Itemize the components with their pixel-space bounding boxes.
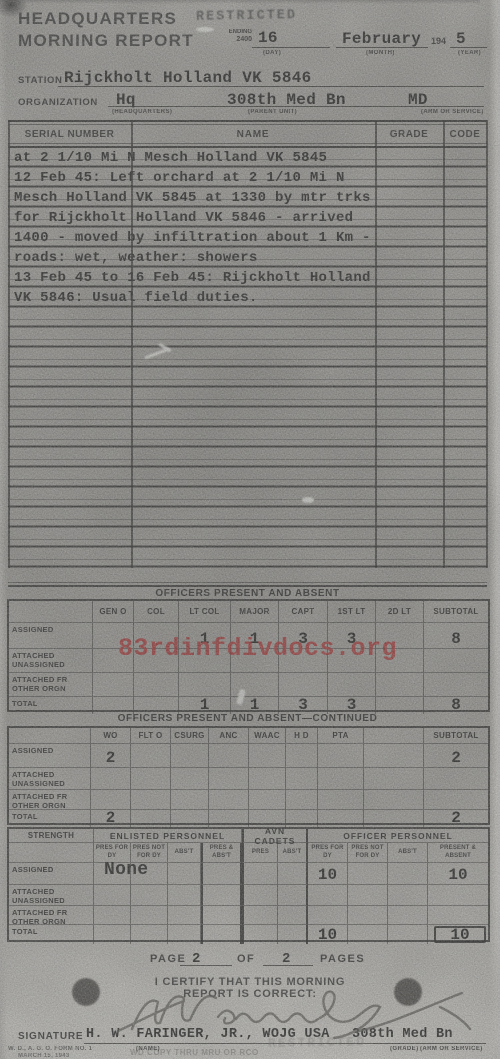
strength-cell	[131, 885, 168, 906]
officers-cont-table: WOFLT OCSURGANCWAACH DPTASUBTOTALASSIGNE…	[7, 726, 490, 825]
officers_cont-col-header	[364, 728, 424, 744]
strength-cell	[278, 885, 308, 906]
officers_cont-cell	[209, 810, 249, 827]
signature-grade-sub: (GRADE)	[390, 1046, 418, 1052]
strength-cell	[242, 906, 278, 925]
strength-table: STRENGTHENLISTED PERSONNELAVN CADETSOFFI…	[7, 827, 490, 942]
roster-top-rule2	[8, 124, 487, 125]
strength-cell: 10	[428, 925, 488, 944]
officers_cont-cell	[249, 744, 286, 768]
report-month-value: February	[342, 30, 421, 48]
officers_cont-cell	[318, 744, 364, 768]
officers_cont-col-header: WO	[91, 728, 131, 744]
officers_cont-cell	[286, 790, 318, 810]
strength-title-cell: STRENGTH	[9, 829, 94, 843]
officers_cont-cell	[424, 790, 488, 810]
officers-cell	[134, 673, 179, 697]
strength-cell	[348, 885, 388, 906]
roster-ruled-body: at 2 1/10 Mi N Mesch Holland VK 584512 F…	[8, 148, 487, 568]
pages-label: PAGES	[320, 953, 365, 965]
officers_cont-row-label: ASSIGNED	[9, 744, 91, 768]
pages-underline	[263, 965, 313, 966]
officers_cont-cell	[286, 810, 318, 827]
strength-cell	[242, 863, 278, 885]
officers-col-header: 1ST LT	[328, 601, 376, 623]
officers-col-header: 2D LT	[376, 601, 424, 623]
roster-col-serial: SERIAL NUMBER	[8, 129, 131, 140]
officers_cont-corner	[9, 728, 91, 744]
officers_cont-cell	[364, 810, 424, 827]
strength-cell	[94, 906, 131, 925]
punch-hole-left	[72, 978, 100, 1006]
officers-top-rule	[8, 582, 487, 583]
website-watermark: 83rdinfdivdocs.org	[118, 634, 397, 663]
officers-cell	[424, 649, 488, 673]
officers_cont-cell	[424, 768, 488, 790]
page-underline	[180, 965, 232, 966]
officers-col-header: LT COL	[179, 601, 231, 623]
officers-col-header: SUBTOTAL	[424, 601, 488, 623]
roster-entry-line: for Rijckholt Holland VK 5846 - arrived	[14, 208, 353, 228]
strength-cell	[278, 906, 308, 925]
strength-cell	[94, 885, 131, 906]
report-day-value: 16	[258, 29, 278, 47]
roster-col-name: NAME	[131, 129, 375, 140]
film-scratch	[302, 497, 314, 503]
officers_cont-cell	[364, 744, 424, 768]
year-prefix: 194	[431, 36, 446, 46]
restricted-stamp-top: RESTRICTED	[196, 8, 297, 25]
officers_cont-cell	[131, 810, 171, 827]
strength-group-header: OFFICER PERSONNEL	[308, 829, 488, 843]
strength-subcol-header: ABS'T	[388, 843, 428, 863]
officers-cell	[179, 673, 231, 697]
officers_cont-cell	[286, 744, 318, 768]
film-scratch	[196, 27, 214, 32]
organization-underline	[108, 106, 484, 107]
roster-col-grade: GRADE	[375, 129, 443, 140]
roster-entry-line: roads: wet, weather: showers	[14, 248, 258, 268]
roster-col-code: CODE	[443, 129, 487, 140]
strength-subcol-header: PRESENT & ABSENT	[428, 843, 488, 863]
officers-col-header: CAPT	[279, 601, 328, 623]
organization-arm-sub: (ARM OR SERVICE)	[421, 109, 484, 115]
strength-cell	[168, 863, 201, 885]
station-label: STATION	[18, 75, 62, 86]
officers-cell: 8	[424, 623, 488, 649]
roster-vline-right	[486, 120, 488, 568]
strength-cell	[428, 906, 488, 925]
officers-col-header: GEN O	[93, 601, 134, 623]
officers_cont-row-label: ATTACHED FR OTHER ORGN	[9, 790, 91, 810]
roster-entry-line: Mesch Holland VK 5845 at 1330 by mtr trk…	[14, 188, 371, 208]
strength-subcol-header: PRES NOT FOR DY	[348, 843, 388, 863]
officers_cont-cell	[318, 790, 364, 810]
strength-cell	[168, 925, 201, 944]
strength-cell	[428, 885, 488, 906]
roster-entry-line: 13 Feb 45 to 16 Feb 45: Rijckholt Hollan…	[14, 268, 371, 288]
strength-cell	[308, 906, 348, 925]
officers-col-header: COL	[134, 601, 179, 623]
officers_cont-cell	[318, 768, 364, 790]
officers_cont-row-label: ATTACHED UNASSIGNED	[9, 768, 91, 790]
officers_cont-col-header: PTA	[318, 728, 364, 744]
officers-cell	[424, 673, 488, 697]
strength-cell	[348, 863, 388, 885]
officers-row-label: ATTACHED UNASSIGNED	[9, 649, 93, 673]
signature-label: SIGNATURE	[18, 1031, 83, 1042]
officer-total-boxed-value: 10	[434, 926, 486, 943]
of-label: OF	[237, 953, 255, 965]
strength-cell	[131, 906, 168, 925]
officers_cont-cell	[209, 790, 249, 810]
officers_cont-cell	[91, 768, 131, 790]
officers-corner	[9, 601, 93, 623]
strength-subcorner	[9, 843, 94, 863]
officers_cont-cell	[171, 790, 209, 810]
officers_cont-cell	[249, 810, 286, 827]
strength-cell	[348, 925, 388, 944]
strength-subcol-header: PRES	[242, 843, 278, 863]
strength-cell	[242, 885, 278, 906]
officers-cell: 1	[179, 697, 231, 714]
officers_cont-cell	[249, 790, 286, 810]
roster-entry-line: VK 5846: Usual field duties.	[14, 288, 258, 308]
roster-entry-line: 12 Feb 45: Left orchard at 2 1/10 Mi N	[14, 168, 345, 188]
officers-row-label: TOTAL	[9, 697, 93, 714]
strength-cell	[242, 925, 278, 944]
form-date: MARCH 15, 1943	[18, 1053, 70, 1059]
strength-row-label: ATTACHED FR OTHER ORGN	[9, 906, 94, 925]
roster-vline-left	[8, 120, 10, 568]
organization-label: ORGANIZATION	[18, 97, 98, 108]
officers-cell: 3	[279, 697, 328, 714]
officers_cont-cell	[364, 768, 424, 790]
strength-group-header: ENLISTED PERSONNEL	[94, 829, 242, 843]
officers-cell	[279, 673, 328, 697]
officers_cont-cell	[91, 790, 131, 810]
roster-entry-line: 1400 - moved by infiltration about 1 Km …	[14, 228, 371, 248]
officers_cont-col-header: H D	[286, 728, 318, 744]
day-underline	[252, 47, 330, 48]
strength-cell	[388, 925, 428, 944]
strength-cell: 10	[428, 863, 488, 885]
form-title-headquarters: HEADQUARTERS	[18, 9, 177, 29]
strength-enlisted-none-value: None	[104, 860, 148, 880]
officers_cont-col-header: CSURG	[171, 728, 209, 744]
organization-unit-sub: (HEADQUARTERS)	[112, 109, 172, 115]
strength-cell	[168, 885, 201, 906]
roster-top-rule	[8, 120, 487, 122]
roster-vline-serial	[131, 120, 133, 568]
strength-subcol-header: PRES FOR DY	[308, 843, 348, 863]
punch-hole-right	[394, 978, 422, 1006]
form-title-morning-report: MORNING REPORT	[18, 31, 194, 51]
wd-copy-note: WD COPY THRU MRU OR RCO	[130, 1048, 259, 1057]
strength-row-label: TOTAL	[9, 925, 94, 944]
strength-cell	[348, 906, 388, 925]
strength-cell	[131, 925, 168, 944]
officers-cell	[134, 697, 179, 714]
month-underline	[336, 47, 428, 48]
officers-row-label: ASSIGNED	[9, 623, 93, 649]
station-value: Rijckholt Holland VK 5846	[64, 69, 312, 87]
strength-cell: 10	[308, 863, 348, 885]
report-year-digit: 5	[456, 30, 466, 48]
strength-subcol-header: ABS'T	[168, 843, 201, 863]
officers_cont-cell	[209, 768, 249, 790]
month-sub-label: (MONTH)	[366, 50, 395, 56]
officers-row-label: ATTACHED FR OTHER ORGN	[9, 673, 93, 697]
officers_cont-cell	[318, 810, 364, 827]
organization-parent-sub: (PARENT UNIT)	[248, 109, 297, 115]
officers-col-header: MAJOR	[231, 601, 279, 623]
station-underline	[58, 86, 484, 87]
officers_cont-cell	[286, 768, 318, 790]
strength-cell	[201, 906, 242, 925]
officers-cell: 3	[328, 697, 376, 714]
officers_cont-cell	[131, 790, 171, 810]
strength-cell	[388, 863, 428, 885]
officers_cont-cell	[131, 744, 171, 768]
signature-arm-sub: (ARM OR SERVICE)	[420, 1046, 483, 1052]
officers-cell	[93, 673, 134, 697]
officers_cont-cell	[171, 768, 209, 790]
officers-cell	[376, 673, 424, 697]
roster-vline-code	[443, 120, 445, 568]
officers_cont-col-header: SUBTOTAL	[424, 728, 488, 744]
year-underline	[450, 47, 487, 48]
strength-cell	[168, 906, 201, 925]
strength-cell	[201, 863, 242, 885]
strength-subcol-header: PRES & ABS'T	[201, 843, 242, 863]
form-number: W. D., A. G. O. FORM NO. 1	[8, 1046, 92, 1052]
officers-top-rule2	[8, 585, 487, 587]
officers_cont-cell	[249, 768, 286, 790]
officers_cont-cell: 2	[424, 810, 488, 827]
officers_cont-col-header: WAAC	[249, 728, 286, 744]
strength-cell	[201, 885, 242, 906]
strength-cell	[201, 925, 242, 944]
strength-subcol-header: ABS'T	[278, 843, 308, 863]
page-label: PAGE	[150, 953, 186, 965]
officers_cont-cell: 2	[91, 810, 131, 827]
strength-group-header: AVN CADETS	[242, 829, 308, 843]
strength-cell	[388, 906, 428, 925]
officers_cont-row-label: TOTAL	[9, 810, 91, 827]
roster-entry-line: at 2 1/10 Mi N Mesch Holland VK 5845	[14, 148, 327, 168]
year-sub-label: (YEAR)	[458, 50, 481, 56]
day-sub-label: (DAY)	[263, 50, 281, 56]
officers_cont-cell	[131, 768, 171, 790]
officers_cont-col-header: ANC	[209, 728, 249, 744]
officers_cont-cell	[171, 810, 209, 827]
roster-header-rule	[8, 143, 487, 144]
officers_cont-cell: 2	[424, 744, 488, 768]
ending-2400-label: ENDING2400	[222, 29, 252, 44]
officers_cont-col-header: FLT O	[131, 728, 171, 744]
strength-cell	[388, 885, 428, 906]
officers_cont-cell	[171, 744, 209, 768]
strength-cell	[278, 863, 308, 885]
officers-cell: 8	[424, 697, 488, 714]
strength-cell	[278, 925, 308, 944]
strength-cell	[308, 885, 348, 906]
officers-cell	[376, 697, 424, 714]
strength-cell: 10	[308, 925, 348, 944]
strength-cell	[94, 925, 131, 944]
strength-row-label: ATTACHED UNASSIGNED	[9, 885, 94, 906]
morning-report-scan: HEADQUARTERS RESTRICTED MORNING REPORT E…	[0, 0, 500, 1059]
strength-row-label: ASSIGNED	[9, 863, 94, 885]
officers_cont-cell	[364, 790, 424, 810]
handwritten-signature	[110, 985, 480, 1045]
officers-cell	[328, 673, 376, 697]
officers_cont-cell: 2	[91, 744, 131, 768]
officers-cell	[93, 697, 134, 714]
officers_cont-cell	[209, 744, 249, 768]
roster-vline-grade	[375, 120, 377, 568]
officers-table-title: OFFICERS PRESENT AND ABSENT	[8, 588, 487, 599]
officers-cont-table-title: OFFICERS PRESENT AND ABSENT—CONTINUED	[8, 713, 487, 724]
